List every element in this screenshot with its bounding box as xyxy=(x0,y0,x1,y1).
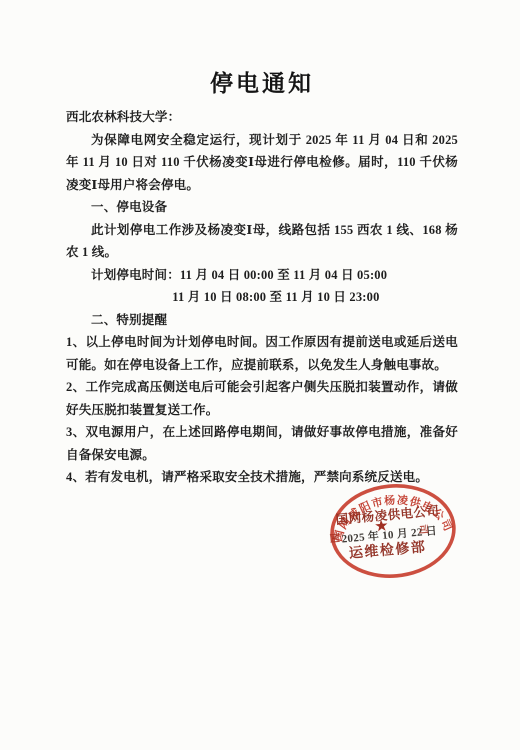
company-seal-stamp: 国网咸阳市杨凌供电公司 国网杨凌供电公司 ★ 2025 年 10 月 22 日 … xyxy=(324,478,464,594)
notice-item-2: 2、工作完成高压侧送电后可能会引起客户侧失压脱扣装置动作，请做好失压脱扣装置复送… xyxy=(66,376,458,421)
section1-body: 此计划停电工作涉及杨凌变Ⅰ母，线路包括 155 西农 1 线、168 杨农 1 … xyxy=(66,219,458,264)
section1-heading: 一、停电设备 xyxy=(66,196,458,219)
schedule-time-1: 11 月 04 日 00:00 至 11 月 04 日 05:00 xyxy=(180,268,387,282)
seal-edge-glyph-left: 国 xyxy=(328,533,342,544)
intro-paragraph: 为保障电网安全稳定运行，现计划于 2025 年 11 月 04 日和 2025 … xyxy=(66,129,458,197)
document-body: 停电通知 西北农林科技大学： 为保障电网安全稳定运行，现计划于 2025 年 1… xyxy=(66,70,458,489)
notice-item-1: 1、以上停电时间为计划停电时间。因工作原因有提前送电或延后送电可能。如在停电设备… xyxy=(66,331,458,376)
power-outage-notice-page: 停电通知 西北农林科技大学： 为保障电网安全稳定运行，现计划于 2025 年 1… xyxy=(0,0,520,750)
seal-edge-glyph-right: 司 xyxy=(417,524,431,535)
section2-heading: 二、特别提醒 xyxy=(66,309,458,332)
document-title: 停电通知 xyxy=(66,70,458,98)
schedule-line-1: 计划停电时间：11 月 04 日 00:00 至 11 月 04 日 05:00 xyxy=(66,264,458,287)
schedule-label: 计划停电时间： xyxy=(91,268,180,282)
notice-item-3: 3、双电源用户，在上述回路停电期间，请做好事故停电措施，准备好自备保安电源。 xyxy=(66,421,458,466)
schedule-time-2: 11 月 10 日 08:00 至 11 月 10 日 23:00 xyxy=(172,286,458,309)
recipient-line: 西北农林科技大学： xyxy=(66,106,458,129)
